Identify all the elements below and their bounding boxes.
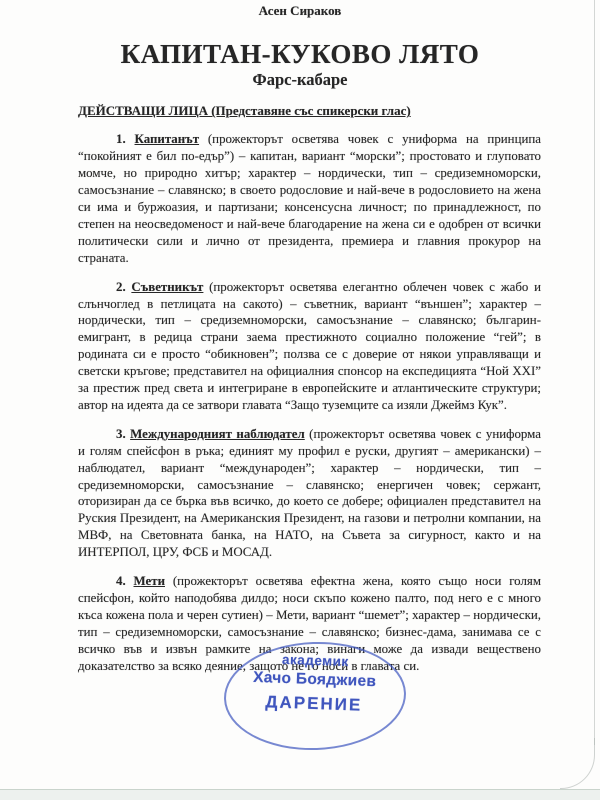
page-corner-curl [560, 738, 595, 789]
stamp-line-name: Хачо Бояджиев [223, 668, 406, 692]
character-paragraph-advisor: 2. Съветникът (прожекторът осветява елег… [78, 279, 541, 414]
character-name: Капитанът [135, 132, 200, 146]
character-number: 1. [116, 132, 126, 146]
page-bottom-edge [0, 789, 600, 800]
author-name: Асен Сираков [0, 3, 600, 19]
scanned-document-page: Асен Сираков КАПИТАН-КУКОВО ЛЯТО Фарс-ка… [0, 0, 600, 800]
character-name: Съветникът [131, 280, 203, 294]
character-paragraph-captain: 1. Капитанът (прожекторът осветява човек… [78, 131, 541, 266]
donation-stamp: академик Хачо Бояджиев ДАРЕНИЕ [222, 639, 408, 753]
character-name: Мети [134, 574, 165, 588]
character-description: (прожекторът осветява елегантно облечен … [78, 280, 541, 412]
character-number: 3. [116, 427, 126, 441]
document-title: КАПИТАН-КУКОВО ЛЯТО [0, 40, 600, 68]
page-edge-line [591, 0, 595, 745]
stamp-text-block: академик Хачо Бояджиев ДАРЕНИЕ [223, 650, 407, 717]
character-number: 4. [116, 574, 126, 588]
character-name: Международният наблюдател [130, 427, 305, 441]
character-number: 2. [116, 280, 126, 294]
cast-list-heading: ДЕЙСТВАЩИ ЛИЦА (Представяне със спикерск… [78, 103, 541, 119]
document-subtitle: Фарс-кабаре [0, 70, 600, 90]
character-description: (прожекторът осветява човек с униформа и… [78, 427, 541, 559]
character-paragraph-observer: 3. Международният наблюдател (прожекторъ… [78, 426, 541, 561]
character-description: (прожекторът осветява човек с униформа н… [78, 132, 541, 264]
document-content: Асен Сираков КАПИТАН-КУКОВО ЛЯТО Фарс-ка… [0, 0, 600, 675]
